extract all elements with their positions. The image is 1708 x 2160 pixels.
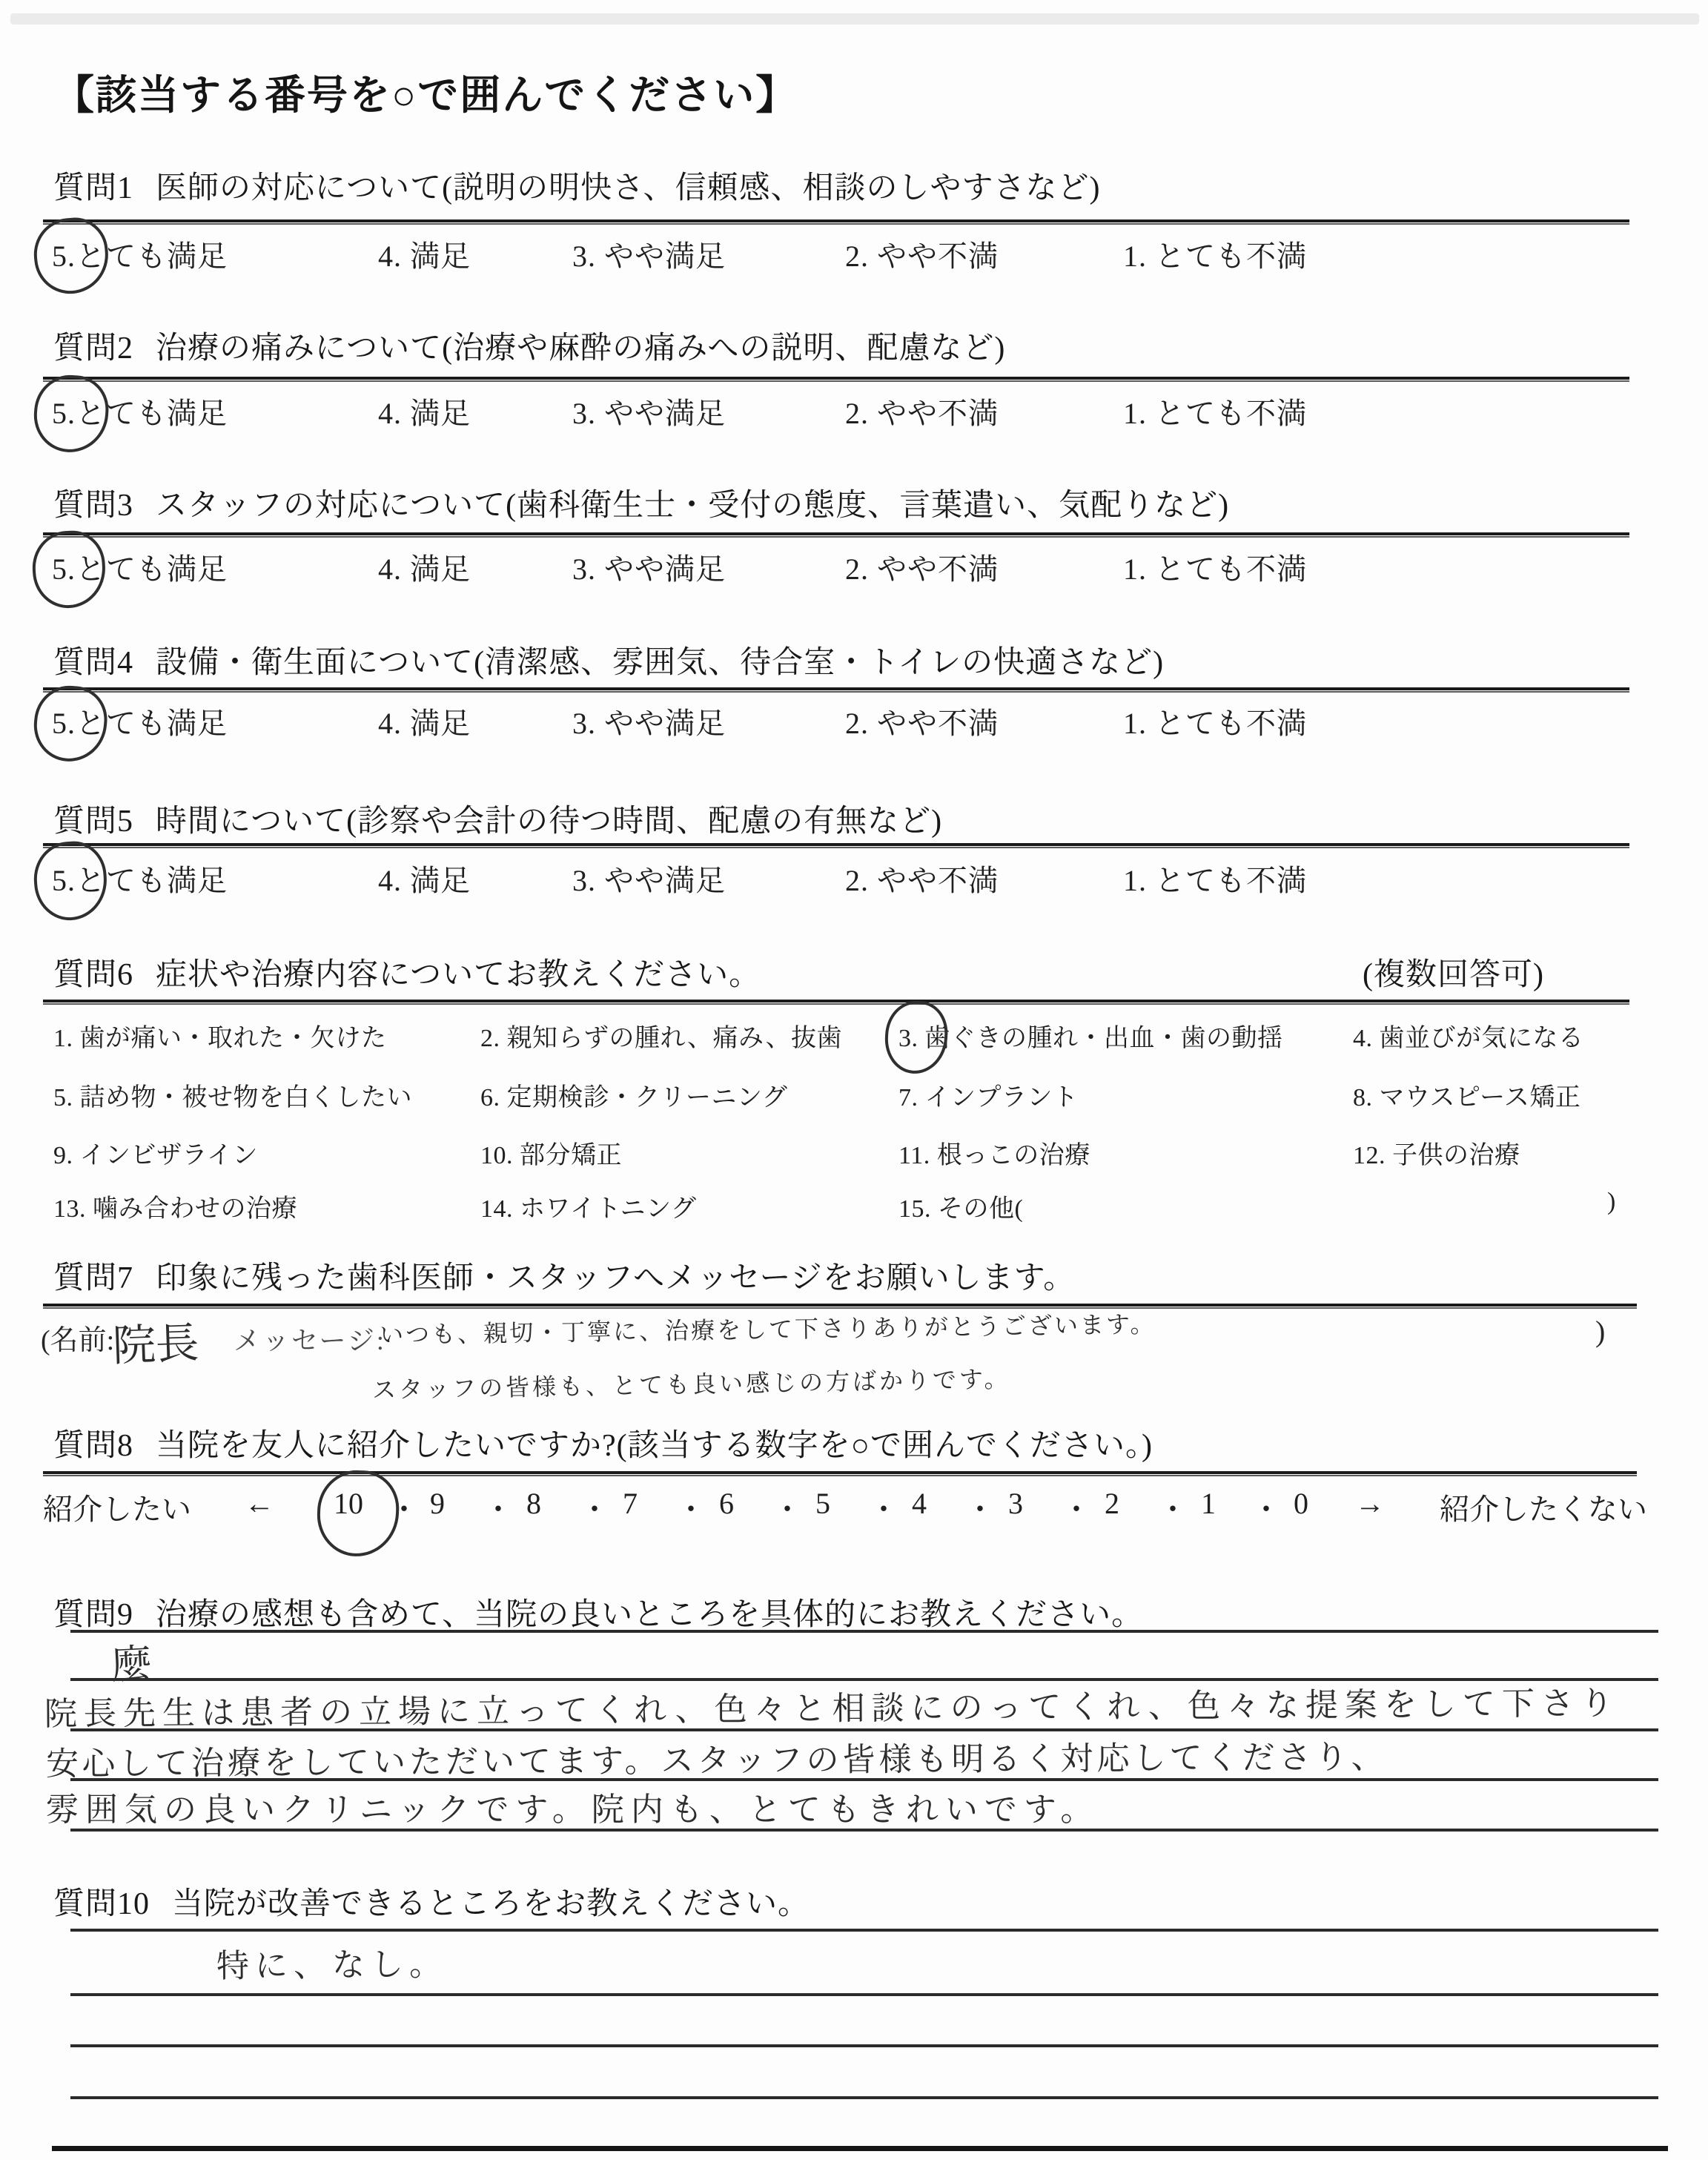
q8-dot: ・ xyxy=(676,1486,706,1528)
question-7-title: 印象に残った歯科医師・スタッフへメッセージをお願いします。 xyxy=(156,1261,1075,1295)
q10-line-rule xyxy=(70,2044,1658,2047)
q8-scale-3: 3 xyxy=(1008,1486,1023,1521)
question-7-label: 質問7 xyxy=(53,1261,133,1295)
q4-option-1: 1. とても不満 xyxy=(1123,700,1307,742)
q10-answer-handwritten: 特に、なし。 xyxy=(216,1938,448,1987)
question-8-title: 当院を友人に紹介したいですか?(該当する数字を○で囲んでください。) xyxy=(156,1429,1153,1463)
q8-scale-6: 6 xyxy=(719,1486,734,1521)
q8-dot: ・ xyxy=(772,1486,802,1528)
q8-right-arrow-icon: → xyxy=(1355,1486,1385,1521)
q5-option-3: 3. やや満足 xyxy=(572,857,726,899)
scan-artifact-band xyxy=(10,13,1699,24)
question-6-note: (複数回答可) xyxy=(1363,950,1544,994)
q8-scale-8: 8 xyxy=(526,1486,541,1521)
q3-option-1: 1. とても不満 xyxy=(1123,546,1307,588)
q1-option-1: 1. とても不満 xyxy=(1123,233,1307,275)
question-6-title: 症状や治療内容についてお教えください。 xyxy=(156,958,761,992)
question-1-rule xyxy=(43,219,1629,225)
question-5-rule xyxy=(43,843,1629,849)
q6-option-13: 13. 噛み合わせの治療 xyxy=(53,1188,297,1224)
q8-dot: ・ xyxy=(869,1486,898,1528)
question-1-header: 質問1医師の対応について(説明の明快さ、信頼感、相談のしやすさなど) xyxy=(53,163,1100,208)
q5-option-4: 4. 満足 xyxy=(378,857,471,899)
question-6-header: 質問6症状や治療内容についてお教えください。 xyxy=(53,950,761,994)
q4-option-3: 3. やや満足 xyxy=(572,700,726,742)
q9-line-rule xyxy=(70,1630,1658,1633)
q2-option-3: 3. やや満足 xyxy=(572,390,726,432)
q9-scribble-handwritten: 麼 xyxy=(110,1632,153,1691)
q7-message-line2-handwritten: スタッフの皆様も、とても良い感じの方ばかりです。 xyxy=(372,1360,1011,1405)
q6-option-7: 7. インプラント xyxy=(898,1077,1079,1113)
q5-option-1: 1. とても不満 xyxy=(1123,857,1307,899)
page-title: 【該当する番号を○で囲んでください】 xyxy=(53,62,798,121)
q8-dot: ・ xyxy=(1251,1486,1281,1528)
q8-dot: ・ xyxy=(1062,1486,1091,1528)
question-10-label: 質問10 xyxy=(53,1887,150,1921)
q3-option-2: 2. やや不満 xyxy=(845,546,999,588)
q8-scale-2: 2 xyxy=(1105,1486,1119,1521)
q1-option-2: 2. やや不満 xyxy=(845,233,999,275)
q6-answer-circle xyxy=(883,1000,949,1075)
q2-answer-circle xyxy=(31,373,110,455)
q8-scale-0: 0 xyxy=(1294,1486,1308,1521)
question-9-header: 質問9治療の感想も含めて、当院の良いところを具体的にお教えください。 xyxy=(53,1590,1143,1634)
question-7-rule xyxy=(43,1304,1637,1309)
q4-option-4: 4. 満足 xyxy=(378,700,471,742)
q3-option-4: 4. 満足 xyxy=(378,546,471,588)
question-4-title: 設備・衛生面について(清潔感、雰囲気、待合室・トイレの快適さなど) xyxy=(156,646,1164,680)
question-1-label: 質問1 xyxy=(53,171,133,205)
question-8-header: 質問8当院を友人に紹介したいですか?(該当する数字を○で囲んでください。) xyxy=(53,1421,1153,1465)
q3-option-3: 3. やや満足 xyxy=(572,546,726,588)
question-7-header: 質問7印象に残った歯科医師・スタッフへメッセージをお願いします。 xyxy=(53,1253,1075,1298)
question-4-label: 質問4 xyxy=(53,646,133,680)
question-6-label: 質問6 xyxy=(53,958,133,992)
question-6-rule xyxy=(43,1000,1629,1005)
q6-option-14: 14. ホワイトニング xyxy=(480,1188,696,1224)
question-8-rule xyxy=(43,1471,1637,1477)
q6-option-9: 9. インビザライン xyxy=(53,1135,258,1171)
question-2-header: 質問2治療の痛みについて(治療や麻酔の痛みへの説明、配慮など) xyxy=(53,323,1005,368)
q8-scale-5: 5 xyxy=(815,1486,830,1521)
question-3-rule xyxy=(43,532,1629,538)
q9-answer-line1-handwritten: 院長先生は患者の立場に立ってくれ、色々と相談にのってくれ、色々な提案をして下さり xyxy=(44,1677,1620,1735)
q8-scale-7: 7 xyxy=(623,1486,638,1521)
q6-option-15-close-paren: ) xyxy=(1607,1188,1616,1216)
question-3-header: 質問3スタッフの対応について(歯科衛生士・受付の態度、言葉遣い、気配りなど) xyxy=(53,480,1229,525)
q7-name-label: (名前: xyxy=(41,1317,114,1358)
question-4-header: 質問4設備・衛生面について(清潔感、雰囲気、待合室・トイレの快適さなど) xyxy=(53,638,1164,682)
q3-answer-circle xyxy=(30,529,107,610)
question-2-title: 治療の痛みについて(治療や麻酔の痛みへの説明、配慮など) xyxy=(156,331,1005,366)
q7-message-label: メッセージ: xyxy=(234,1320,386,1358)
q8-scale-1: 1 xyxy=(1201,1486,1216,1521)
question-5-header: 質問5時間について(診察や会計の待つ時間、配慮の有無など) xyxy=(53,796,942,841)
q5-option-2: 2. やや不満 xyxy=(845,857,999,899)
q8-scale-9: 9 xyxy=(430,1486,445,1521)
q7-message-line1-handwritten: いつも、親切・丁寧に、治療をして下さりありがとうございます。 xyxy=(380,1306,1156,1351)
question-1-title: 医師の対応について(説明の明快さ、信頼感、相談のしやすさなど) xyxy=(156,171,1100,205)
question-8-label: 質問8 xyxy=(53,1429,133,1463)
q8-dot: ・ xyxy=(1158,1486,1188,1528)
q9-answer-line3-handwritten: 雰囲気の良いクリニックです。院内も、とてもきれいです。 xyxy=(46,1783,1099,1830)
q6-option-11: 11. 根っこの治療 xyxy=(898,1135,1090,1171)
q7-close-paren: ) xyxy=(1595,1314,1605,1349)
q6-option-15: 15. その他( xyxy=(898,1188,1023,1224)
q7-name-value-handwritten: 院長 xyxy=(112,1308,200,1373)
q2-option-4: 4. 満足 xyxy=(378,390,471,432)
bottom-rule xyxy=(52,2146,1668,2151)
q6-option-4: 4. 歯並びが気になる xyxy=(1353,1017,1584,1054)
q8-dot: ・ xyxy=(580,1486,609,1528)
question-10-title: 当院が改善できるところをお教えください。 xyxy=(172,1887,810,1921)
q6-option-1: 1. 歯が痛い・取れた・欠けた xyxy=(53,1017,387,1054)
q8-left-arrow-icon: ← xyxy=(245,1486,274,1521)
q2-option-2: 2. やや不満 xyxy=(845,390,999,432)
q8-answer-circle xyxy=(316,1469,400,1558)
q10-line-rule xyxy=(70,1929,1658,1932)
question-3-label: 質問3 xyxy=(53,489,133,523)
q8-dot: ・ xyxy=(483,1486,513,1528)
question-5-title: 時間について(診察や会計の待つ時間、配慮の有無など) xyxy=(156,805,942,839)
question-2-label: 質問2 xyxy=(53,331,133,366)
q8-dot: ・ xyxy=(965,1486,995,1528)
q1-answer-circle xyxy=(31,215,112,297)
question-10-header: 質問10当院が改善できるところをお教えください。 xyxy=(53,1879,810,1923)
q6-option-12: 12. 子供の治療 xyxy=(1353,1135,1520,1171)
q8-right-label: 紹介したくない xyxy=(1440,1486,1647,1528)
survey-page: 【該当する番号を○で囲んでください】 質問1医師の対応について(説明の明快さ、信… xyxy=(0,0,1708,2160)
q6-option-8: 8. マウスピース矯正 xyxy=(1353,1077,1580,1113)
q6-option-3: 3. 歯ぐきの腫れ・出血・歯の動揺 xyxy=(898,1017,1283,1054)
question-9-label: 質問9 xyxy=(53,1598,133,1632)
q6-option-10: 10. 部分矯正 xyxy=(480,1135,622,1171)
q2-option-1: 1. とても不満 xyxy=(1123,390,1307,432)
q10-line-rule xyxy=(70,1993,1658,1996)
q6-option-6: 6. 定期検診・クリーニング xyxy=(480,1077,787,1113)
q1-option-3: 3. やや満足 xyxy=(572,233,726,275)
question-4-rule xyxy=(43,687,1629,693)
q6-option-2: 2. 親知らずの腫れ、痛み、抜歯 xyxy=(480,1017,842,1054)
q4-option-2: 2. やや不満 xyxy=(845,700,999,742)
q5-answer-circle xyxy=(31,839,109,923)
question-9-title: 治療の感想も含めて、当院の良いところを具体的にお教えください。 xyxy=(156,1598,1143,1632)
q9-answer-line2-handwritten: 安心して治療をしていただいてます。スタッフの皆様も明るく対応してくださり、 xyxy=(46,1730,1388,1784)
q8-scale-4: 4 xyxy=(912,1486,927,1521)
question-2-rule xyxy=(43,377,1629,383)
q8-left-label: 紹介したい xyxy=(43,1486,191,1528)
q6-option-5: 5. 詰め物・被せ物を白くしたい xyxy=(53,1077,412,1113)
q4-answer-circle xyxy=(31,683,110,764)
q1-option-4: 4. 満足 xyxy=(378,233,471,275)
question-3-title: スタッフの対応について(歯科衛生士・受付の態度、言葉遣い、気配りなど) xyxy=(156,489,1229,523)
q10-line-rule xyxy=(70,2096,1658,2099)
question-5-label: 質問5 xyxy=(53,805,133,839)
